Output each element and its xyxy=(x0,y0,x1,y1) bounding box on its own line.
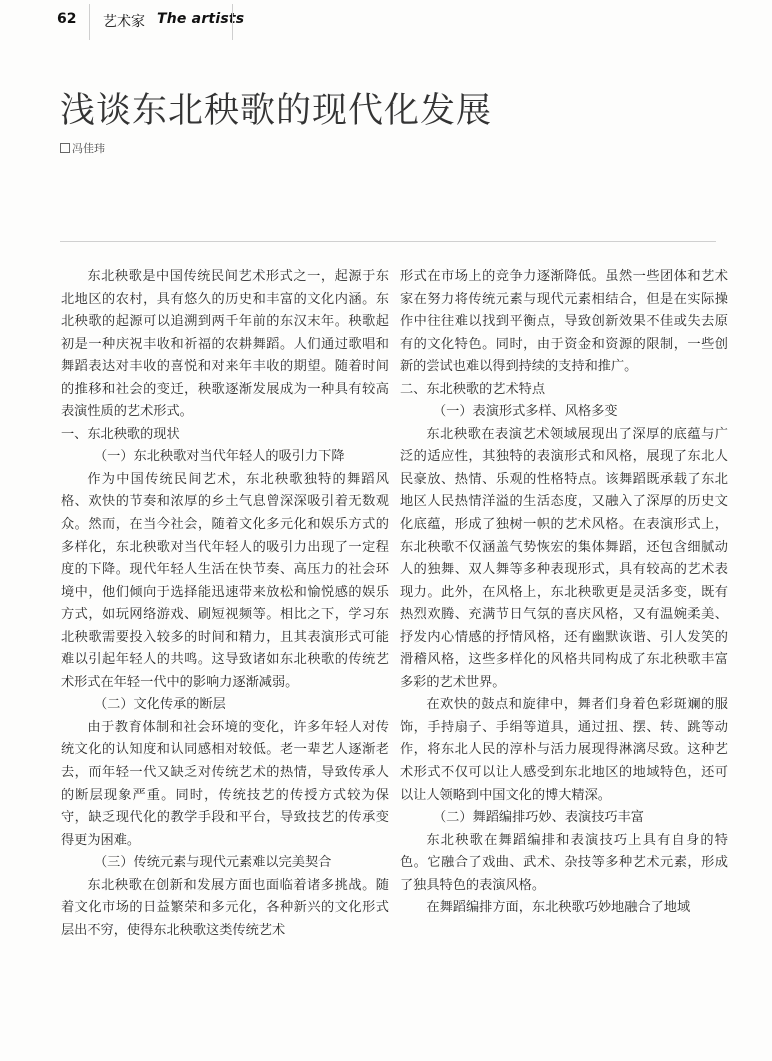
paragraph: 东北秧歌在舞蹈编排和表演技巧上具有自身的特色。它融合了戏曲、武术、杂技等多种艺术… xyxy=(400,830,728,898)
title-divider xyxy=(60,241,716,242)
paragraph: 东北秧歌在创新和发展方面也面临着诸多挑战。随着文化市场的日益繁荣和多元化，各种新… xyxy=(61,875,389,943)
author-line: 冯佳玮 xyxy=(60,140,105,156)
article-title: 浅谈东北秧歌的现代化发展 xyxy=(60,83,492,133)
paragraph: 在欢快的鼓点和旋律中，舞者们身着色彩斑斓的服饰，手持扇子、手绢等道具，通过扭、摆… xyxy=(400,694,728,807)
subsection-heading: （三）传统元素与现代元素难以完美契合 xyxy=(61,852,389,875)
subsection-heading: （二）舞蹈编排巧妙、表演技巧丰富 xyxy=(400,807,728,830)
header-divider xyxy=(89,4,90,40)
right-column: 形式在市场上的竞争力逐渐降低。虽然一些团体和艺术家在努力将传统元素与现代元素相结… xyxy=(400,266,728,920)
author-box-icon xyxy=(60,143,70,153)
paragraph: 东北秧歌在表演艺术领域展现出了深厚的底蕴与广泛的适应性，其独特的表演形式和风格，… xyxy=(400,424,728,695)
paragraph: 在舞蹈编排方面，东北秧歌巧妙地融合了地域 xyxy=(400,897,728,920)
subsection-heading: （一）东北秧歌对当代年轻人的吸引力下降 xyxy=(61,446,389,469)
paragraph: 作为中国传统民间艺术，东北秧歌独特的舞蹈风格、欢快的节奏和浓厚的乡土气息曾深深吸… xyxy=(61,469,389,694)
paragraph-continued: 形式在市场上的竞争力逐渐降低。虽然一些团体和艺术家在努力将传统元素与现代元素相结… xyxy=(400,266,728,379)
page-header: 62 艺术家 The artists xyxy=(0,0,772,42)
paragraph: 东北秧歌是中国传统民间艺术形式之一，起源于东北地区的农村，具有悠久的历史和丰富的… xyxy=(61,266,389,424)
author-name: 冯佳玮 xyxy=(72,140,105,156)
header-divider xyxy=(232,4,233,40)
section-heading: 一、东北秧歌的现状 xyxy=(61,424,389,447)
page-number: 62 xyxy=(57,11,76,27)
paragraph: 由于教育体制和社会环境的变化，许多年轻人对传统文化的认知度和认同感相对较低。老一… xyxy=(61,717,389,852)
column-name: 艺术家 xyxy=(103,11,145,31)
left-column: 东北秧歌是中国传统民间艺术形式之一，起源于东北地区的农村，具有悠久的历史和丰富的… xyxy=(61,266,389,942)
section-heading: 二、东北秧歌的艺术特点 xyxy=(400,379,728,402)
subsection-heading: （二）文化传承的断层 xyxy=(61,694,389,717)
subsection-heading: （一）表演形式多样、风格多变 xyxy=(400,401,728,424)
